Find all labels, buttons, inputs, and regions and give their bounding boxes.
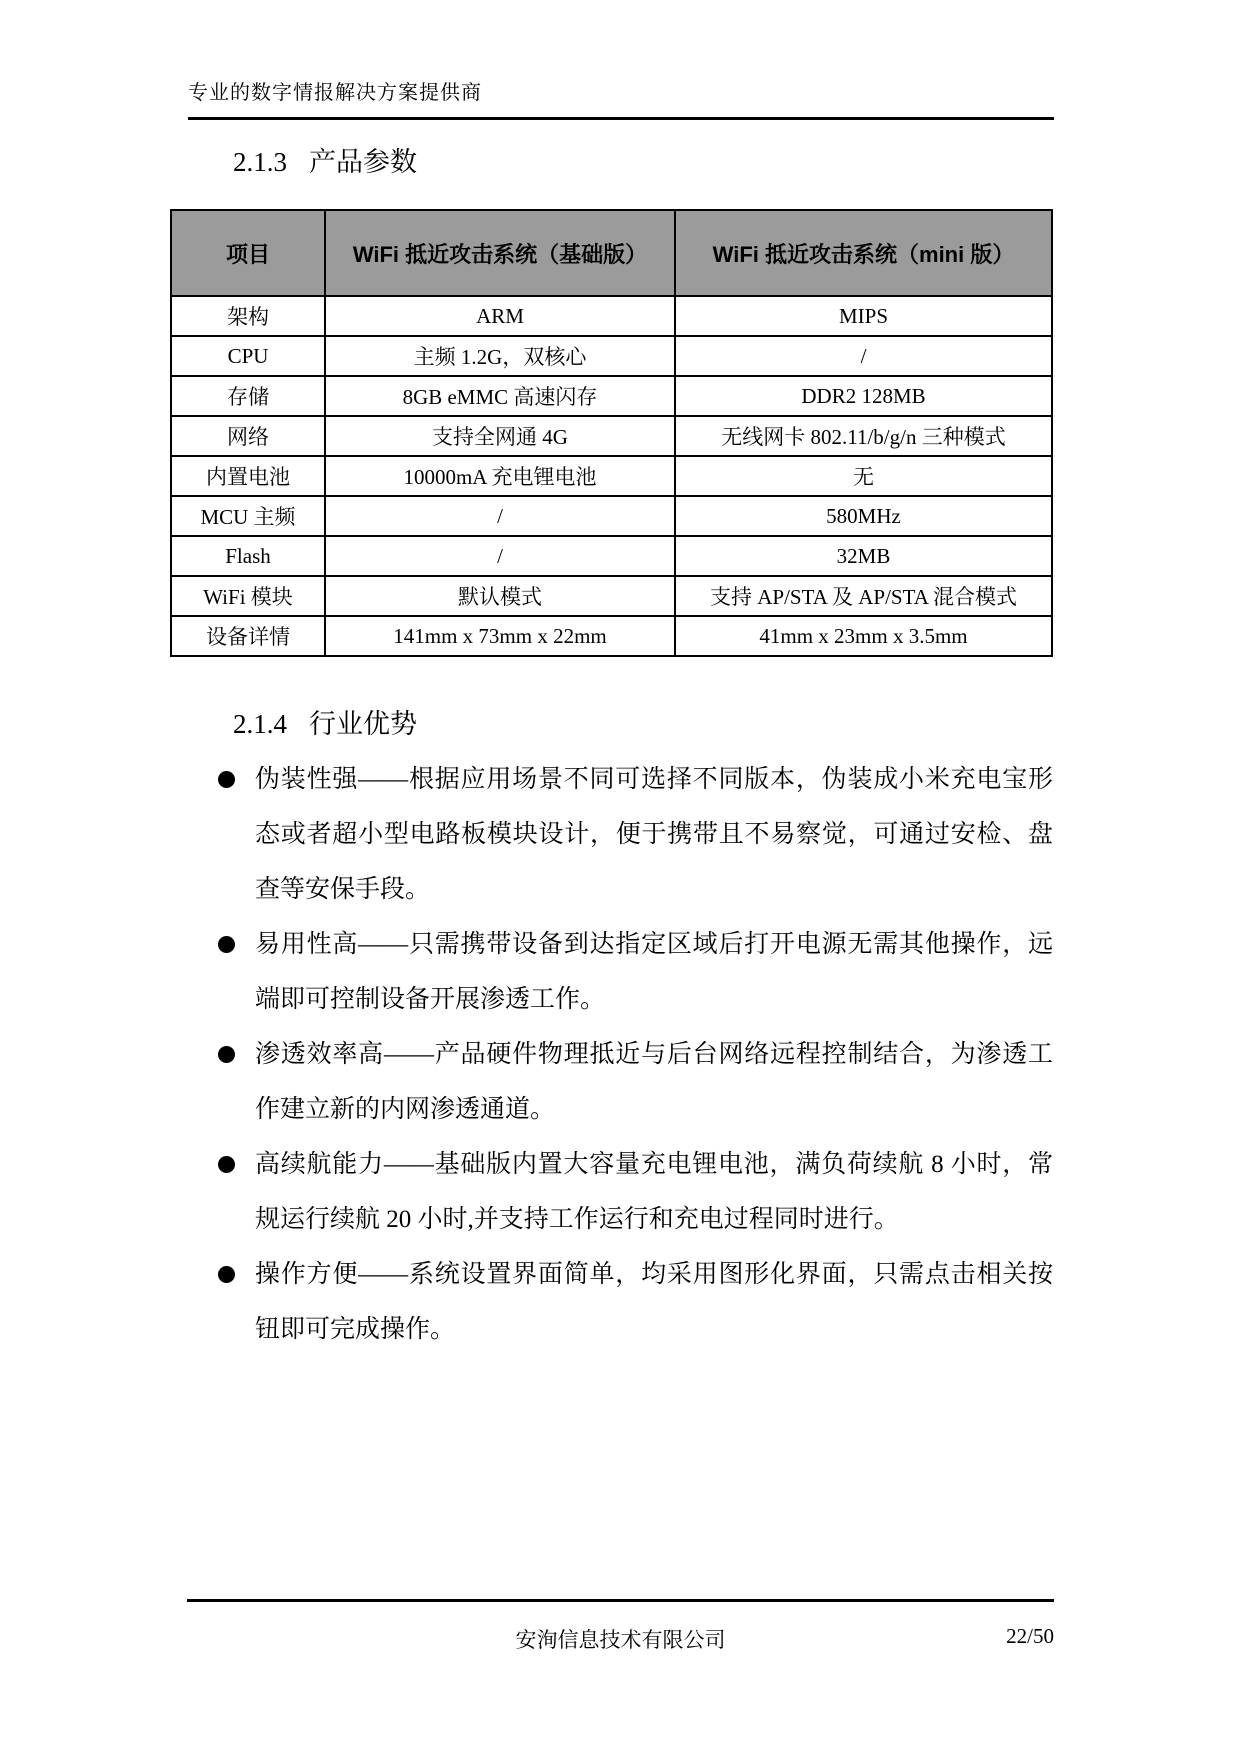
table-cell: 8GB eMMC 高速闪存 bbox=[325, 376, 675, 416]
list-item: 易用性高——只需携带设备到达指定区域后打开电源无需其他操作，远端即可控制设备开展… bbox=[218, 917, 1053, 1027]
table-row: 存储 8GB eMMC 高速闪存 DDR2 128MB bbox=[171, 376, 1052, 416]
section-heading-industry-advantages: 2.1.4行业优势 bbox=[233, 702, 417, 741]
table-cell: 支持全网通 4G bbox=[325, 416, 675, 456]
bullet-icon bbox=[218, 1266, 235, 1283]
table-cell: / bbox=[675, 336, 1052, 376]
table-cell: MCU 主频 bbox=[171, 496, 325, 536]
table-row: 设备详情 141mm x 73mm x 22mm 41mm x 23mm x 3… bbox=[171, 616, 1052, 656]
bullet-icon bbox=[218, 936, 235, 953]
table-cell: 默认模式 bbox=[325, 576, 675, 616]
table-cell: / bbox=[325, 496, 675, 536]
table-cell: DDR2 128MB bbox=[675, 376, 1052, 416]
footer-company-name: 安洵信息技术有限公司 bbox=[187, 1624, 1054, 1654]
table-cell: 10000mA 充电锂电池 bbox=[325, 456, 675, 496]
table-cell: 141mm x 73mm x 22mm bbox=[325, 616, 675, 656]
page-header: 专业的数字情报解决方案提供商 bbox=[188, 76, 1054, 120]
table-row: Flash / 32MB bbox=[171, 536, 1052, 576]
list-item: 伪装性强——根据应用场景不同可选择不同版本，伪装成小米充电宝形态或者超小型电路板… bbox=[218, 752, 1053, 917]
list-item: 操作方便——系统设置界面简单，均采用图形化界面，只需点击相关按钮即可完成操作。 bbox=[218, 1247, 1053, 1357]
table-header-basic-version: WiFi 抵近攻击系统（基础版） bbox=[325, 210, 675, 296]
section-title: 产品参数 bbox=[309, 147, 417, 177]
table-cell: 无线网卡 802.11/b/g/n 三种模式 bbox=[675, 416, 1052, 456]
document-page: 专业的数字情报解决方案提供商 2.1.3产品参数 项目 WiFi 抵近攻击系统（… bbox=[0, 0, 1240, 1754]
table-cell: / bbox=[325, 536, 675, 576]
table-cell: 580MHz bbox=[675, 496, 1052, 536]
table-cell: 内置电池 bbox=[171, 456, 325, 496]
bullet-icon bbox=[218, 1156, 235, 1173]
bullet-icon bbox=[218, 771, 235, 788]
table-cell: 支持 AP/STA 及 AP/STA 混合模式 bbox=[675, 576, 1052, 616]
header-slogan: 专业的数字情报解决方案提供商 bbox=[188, 82, 482, 104]
table-cell: Flash bbox=[171, 536, 325, 576]
table-cell: 架构 bbox=[171, 296, 325, 336]
bullet-text: 操作方便——系统设置界面简单，均采用图形化界面，只需点击相关按钮即可完成操作。 bbox=[255, 1247, 1053, 1357]
table-row: 内置电池 10000mA 充电锂电池 无 bbox=[171, 456, 1052, 496]
table-cell: 存储 bbox=[171, 376, 325, 416]
section-heading-product-params: 2.1.3产品参数 bbox=[233, 140, 417, 179]
table-header-row: 项目 WiFi 抵近攻击系统（基础版） WiFi 抵近攻击系统（mini 版） bbox=[171, 210, 1052, 296]
product-parameters-table: 项目 WiFi 抵近攻击系统（基础版） WiFi 抵近攻击系统（mini 版） … bbox=[170, 209, 1053, 657]
table-cell: 41mm x 23mm x 3.5mm bbox=[675, 616, 1052, 656]
advantages-list: 伪装性强——根据应用场景不同可选择不同版本，伪装成小米充电宝形态或者超小型电路板… bbox=[218, 752, 1053, 1357]
table-cell: 设备详情 bbox=[171, 616, 325, 656]
footer-page-number: 22/50 bbox=[1006, 1624, 1054, 1649]
table-cell: MIPS bbox=[675, 296, 1052, 336]
list-item: 渗透效率高——产品硬件物理抵近与后台网络远程控制结合，为渗透工作建立新的内网渗透… bbox=[218, 1027, 1053, 1137]
section-number: 2.1.3 bbox=[233, 147, 287, 177]
bullet-text: 伪装性强——根据应用场景不同可选择不同版本，伪装成小米充电宝形态或者超小型电路板… bbox=[255, 752, 1053, 917]
list-item: 高续航能力——基础版内置大容量充电锂电池，满负荷续航 8 小时，常规运行续航 2… bbox=[218, 1137, 1053, 1247]
section-title: 行业优势 bbox=[309, 709, 417, 739]
table-cell: CPU bbox=[171, 336, 325, 376]
bullet-icon bbox=[218, 1046, 235, 1063]
table-cell: 主频 1.2G，双核心 bbox=[325, 336, 675, 376]
table-row: 架构 ARM MIPS bbox=[171, 296, 1052, 336]
page-footer: 安洵信息技术有限公司 22/50 bbox=[187, 1599, 1054, 1654]
table-cell: WiFi 模块 bbox=[171, 576, 325, 616]
table-row: WiFi 模块 默认模式 支持 AP/STA 及 AP/STA 混合模式 bbox=[171, 576, 1052, 616]
table-row: CPU 主频 1.2G，双核心 / bbox=[171, 336, 1052, 376]
bullet-text: 渗透效率高——产品硬件物理抵近与后台网络远程控制结合，为渗透工作建立新的内网渗透… bbox=[255, 1027, 1053, 1137]
table-cell: 网络 bbox=[171, 416, 325, 456]
table-cell: 无 bbox=[675, 456, 1052, 496]
table-header-item: 项目 bbox=[171, 210, 325, 296]
section-number: 2.1.4 bbox=[233, 709, 287, 739]
bullet-text: 高续航能力——基础版内置大容量充电锂电池，满负荷续航 8 小时，常规运行续航 2… bbox=[255, 1137, 1053, 1247]
table-row: 网络 支持全网通 4G 无线网卡 802.11/b/g/n 三种模式 bbox=[171, 416, 1052, 456]
table-cell: 32MB bbox=[675, 536, 1052, 576]
table-cell: ARM bbox=[325, 296, 675, 336]
bullet-text: 易用性高——只需携带设备到达指定区域后打开电源无需其他操作，远端即可控制设备开展… bbox=[255, 917, 1053, 1027]
table-header-mini-version: WiFi 抵近攻击系统（mini 版） bbox=[675, 210, 1052, 296]
table-row: MCU 主频 / 580MHz bbox=[171, 496, 1052, 536]
